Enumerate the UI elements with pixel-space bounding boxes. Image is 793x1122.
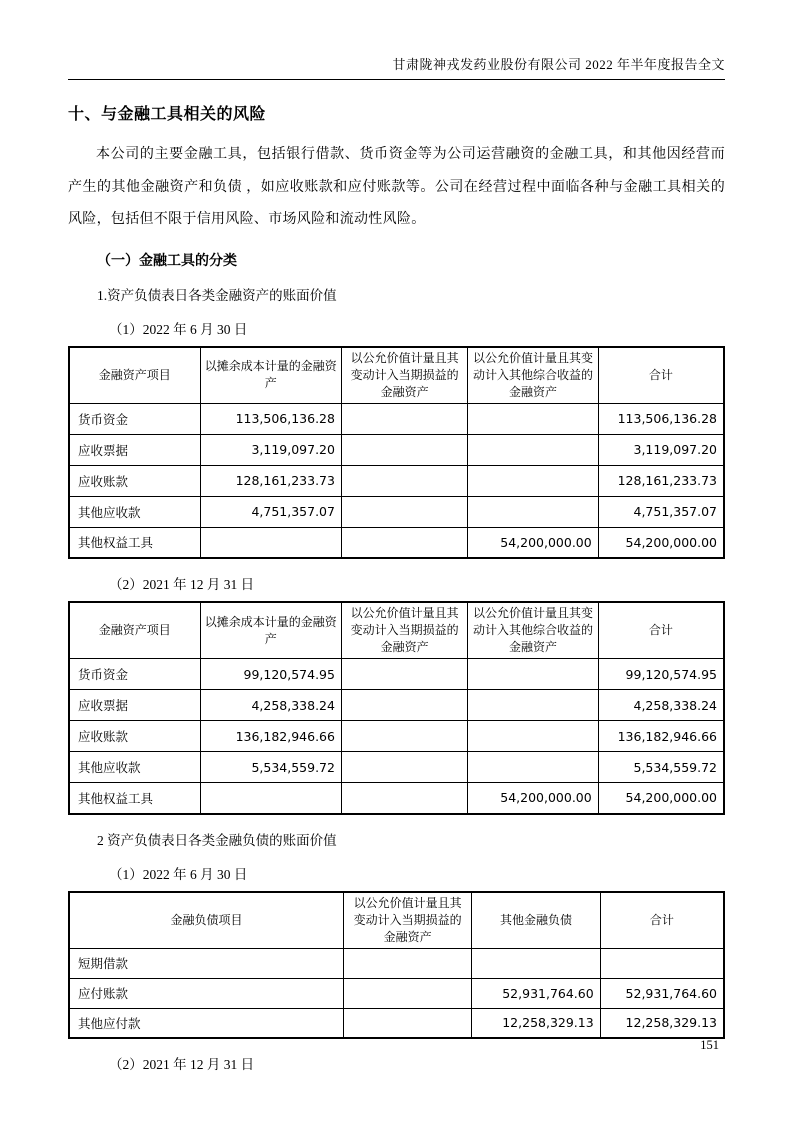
table-row: 应收账款136,182,946.66136,182,946.66 <box>69 721 724 752</box>
table-row: 货币资金113,506,136.28113,506,136.28 <box>69 403 724 434</box>
value-cell: 99,120,574.95 <box>200 659 341 690</box>
column-header: 以公允价值计量且其变动计入当期损益的金融资产 <box>341 347 467 404</box>
value-cell: 12,258,329.13 <box>472 1008 600 1038</box>
value-cell <box>600 948 724 978</box>
row-label-cell: 应收账款 <box>69 465 200 496</box>
table-row: 应付账款52,931,764.6052,931,764.60 <box>69 978 724 1008</box>
row-label-cell: 应收票据 <box>69 434 200 465</box>
value-cell <box>468 434 598 465</box>
value-cell <box>341 403 467 434</box>
value-cell: 113,506,136.28 <box>598 403 724 434</box>
value-cell: 54,200,000.00 <box>598 527 724 558</box>
value-cell: 99,120,574.95 <box>598 659 724 690</box>
value-cell <box>343 948 471 978</box>
value-cell <box>468 403 598 434</box>
row-label-cell: 货币资金 <box>69 403 200 434</box>
column-header: 金融资产项目 <box>69 602 200 659</box>
column-header: 以摊余成本计量的金融资产 <box>200 602 341 659</box>
value-cell <box>472 948 600 978</box>
column-header: 以公允价值计量且其变动计入当期损益的金融资产 <box>343 892 471 949</box>
value-cell: 113,506,136.28 <box>200 403 341 434</box>
table-row: 其他应收款4,751,357.074,751,357.07 <box>69 496 724 527</box>
value-cell: 3,119,097.20 <box>200 434 341 465</box>
column-header: 金融负债项目 <box>69 892 343 949</box>
value-cell: 54,200,000.00 <box>598 783 724 814</box>
liabilities-table-2022: 金融负债项目以公允价值计量且其变动计入当期损益的金融资产其他金融负债合计短期借款… <box>68 891 725 1040</box>
page-number: 151 <box>700 1038 719 1053</box>
table-row: 其他权益工具54,200,000.0054,200,000.00 <box>69 783 724 814</box>
value-cell <box>341 783 467 814</box>
table-row: 短期借款 <box>69 948 724 978</box>
section-title: 十、与金融工具相关的风险 <box>68 101 725 124</box>
report-header: 甘肃陇神戎发药业股份有限公司 2022 年半年度报告全文 <box>68 54 725 80</box>
value-cell: 52,931,764.60 <box>600 978 724 1008</box>
value-cell <box>341 690 467 721</box>
item1-heading: 1.资产负债表日各类金融资产的账面价值 <box>97 284 725 304</box>
table-header-row: 金融资产项目以摊余成本计量的金融资产以公允价值计量且其变动计入当期损益的金融资产… <box>69 602 724 659</box>
value-cell <box>341 752 467 783</box>
table-row: 应收账款128,161,233.73128,161,233.73 <box>69 465 724 496</box>
table-row: 其他应收款5,534,559.725,534,559.72 <box>69 752 724 783</box>
table-row: 应收票据4,258,338.244,258,338.24 <box>69 690 724 721</box>
value-cell <box>200 527 341 558</box>
table-row: 应收票据3,119,097.203,119,097.20 <box>69 434 724 465</box>
value-cell <box>341 659 467 690</box>
assets-2021-date-heading: （2）2021 年 12 月 31 日 <box>109 573 725 593</box>
column-header: 合计 <box>598 347 724 404</box>
value-cell: 128,161,233.73 <box>598 465 724 496</box>
assets-table-2021: 金融资产项目以摊余成本计量的金融资产以公允价值计量且其变动计入当期损益的金融资产… <box>68 601 725 815</box>
value-cell <box>200 783 341 814</box>
value-cell: 5,534,559.72 <box>200 752 341 783</box>
value-cell: 54,200,000.00 <box>468 783 598 814</box>
value-cell: 136,182,946.66 <box>598 721 724 752</box>
row-label-cell: 应收票据 <box>69 690 200 721</box>
value-cell <box>468 752 598 783</box>
value-cell <box>343 978 471 1008</box>
row-label-cell: 货币资金 <box>69 659 200 690</box>
table-header-row: 金融资产项目以摊余成本计量的金融资产以公允价值计量且其变动计入当期损益的金融资产… <box>69 347 724 404</box>
value-cell: 4,751,357.07 <box>200 496 341 527</box>
value-cell <box>341 465 467 496</box>
value-cell <box>468 721 598 752</box>
row-label-cell: 应收账款 <box>69 721 200 752</box>
row-label-cell: 应付账款 <box>69 978 343 1008</box>
value-cell <box>468 659 598 690</box>
row-label-cell: 其他权益工具 <box>69 783 200 814</box>
value-cell <box>341 721 467 752</box>
subsection-heading: （一）金融工具的分类 <box>97 250 725 270</box>
row-label-cell: 其他应付款 <box>69 1008 343 1038</box>
column-header: 以公允价值计量且其变动计入当期损益的金融资产 <box>341 602 467 659</box>
value-cell <box>343 1008 471 1038</box>
value-cell <box>341 496 467 527</box>
value-cell: 4,751,357.07 <box>598 496 724 527</box>
value-cell: 136,182,946.66 <box>200 721 341 752</box>
value-cell: 4,258,338.24 <box>598 690 724 721</box>
value-cell: 3,119,097.20 <box>598 434 724 465</box>
column-header: 合计 <box>598 602 724 659</box>
row-label-cell: 其他应收款 <box>69 496 200 527</box>
table-row: 货币资金99,120,574.9599,120,574.95 <box>69 659 724 690</box>
column-header: 以摊余成本计量的金融资产 <box>200 347 341 404</box>
item2-heading: 2 资产负债表日各类金融负债的账面价值 <box>97 829 725 849</box>
row-label-cell: 短期借款 <box>69 948 343 978</box>
column-header: 以公允价值计量且其变动计入其他综合收益的金融资产 <box>468 602 598 659</box>
value-cell: 128,161,233.73 <box>200 465 341 496</box>
column-header: 以公允价值计量且其变动计入其他综合收益的金融资产 <box>468 347 598 404</box>
value-cell: 5,534,559.72 <box>598 752 724 783</box>
row-label-cell: 其他权益工具 <box>69 527 200 558</box>
value-cell: 52,931,764.60 <box>472 978 600 1008</box>
value-cell: 54,200,000.00 <box>468 527 598 558</box>
value-cell <box>468 690 598 721</box>
document-page: 甘肃陇神戎发药业股份有限公司 2022 年半年度报告全文 十、与金融工具相关的风… <box>0 0 793 1122</box>
value-cell <box>341 434 467 465</box>
assets-2022-date-heading: （1）2022 年 6 月 30 日 <box>109 318 725 338</box>
row-label-cell: 其他应收款 <box>69 752 200 783</box>
page-content: 甘肃陇神戎发药业股份有限公司 2022 年半年度报告全文 十、与金融工具相关的风… <box>68 0 725 1073</box>
value-cell <box>468 465 598 496</box>
liabilities-2022-date-heading: （1）2022 年 6 月 30 日 <box>109 863 725 883</box>
column-header: 其他金融负债 <box>472 892 600 949</box>
column-header: 金融资产项目 <box>69 347 200 404</box>
value-cell <box>468 496 598 527</box>
value-cell <box>341 527 467 558</box>
table-header-row: 金融负债项目以公允价值计量且其变动计入当期损益的金融资产其他金融负债合计 <box>69 892 724 949</box>
value-cell: 4,258,338.24 <box>200 690 341 721</box>
value-cell: 12,258,329.13 <box>600 1008 724 1038</box>
intro-paragraph: 本公司的主要金融工具，包括银行借款、货币资金等为公司运营融资的金融工具，和其他因… <box>68 139 725 237</box>
liabilities-2021-date-heading: （2）2021 年 12 月 31 日 <box>109 1053 725 1073</box>
table-row: 其他权益工具54,200,000.0054,200,000.00 <box>69 527 724 558</box>
column-header: 合计 <box>600 892 724 949</box>
assets-table-2022: 金融资产项目以摊余成本计量的金融资产以公允价值计量且其变动计入当期损益的金融资产… <box>68 346 725 560</box>
table-row: 其他应付款12,258,329.1312,258,329.13 <box>69 1008 724 1038</box>
